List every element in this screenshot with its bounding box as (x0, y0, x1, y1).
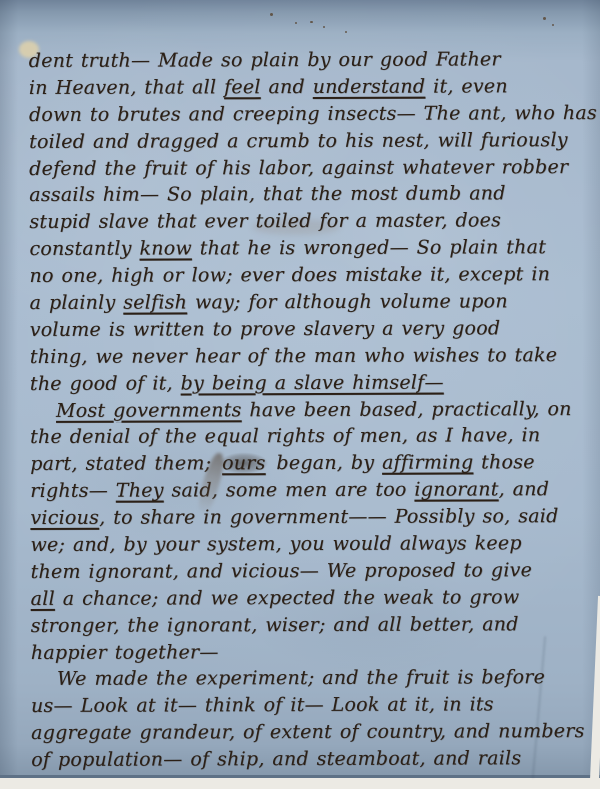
paper-speck (310, 21, 313, 23)
paper-speck (543, 17, 546, 20)
handwriting: down to brutes and creeping insects— The… (29, 102, 597, 126)
handwriting: aggregate grandeur, of extent of country… (31, 720, 585, 744)
handwriting: a chance; and we expected the weak to gr… (55, 586, 520, 610)
manuscript-line: volume is written to prove slavery a ver… (30, 315, 590, 344)
handwriting: began, by (269, 452, 383, 474)
handwriting: assails him— So plain, that the most dum… (29, 183, 506, 207)
handwriting: defend the fruit of his labor, against w… (29, 156, 568, 180)
manuscript-line: defend the fruit of his labor, against w… (29, 154, 589, 183)
scanned-manuscript-photo: { "document": { "kind": "handwritten man… (0, 0, 600, 789)
handwriting: part, stated them; (30, 453, 219, 476)
handwriting: dent truth— Made so plain by our good Fa… (29, 48, 501, 72)
underlined-handwriting: ignorant (414, 479, 498, 501)
handwriting: those (473, 452, 534, 474)
manuscript-line: vicious, to share in government—— Possib… (30, 503, 590, 532)
underlined-handwriting: vicious (30, 507, 99, 529)
manuscript-line: part, stated them; ours began, by affirm… (30, 449, 590, 478)
manuscript-line: stronger, the ignorant, wiser; and all b… (31, 611, 591, 640)
manuscript-line: the denial of the equal rights of men, a… (30, 422, 590, 451)
handwriting: toiled and dragged a crumb to his nest, … (29, 129, 568, 153)
underlined-handwriting: by being a slave himself— (181, 371, 444, 394)
underlined-handwriting: feel (224, 76, 261, 98)
underlined-handwriting: all (31, 588, 55, 610)
underlined-handwriting: understand (313, 75, 426, 97)
manuscript-line: We made the experiment; and the fruit is… (31, 665, 591, 694)
manuscript-line: aggregate grandeur, of extent of country… (31, 718, 591, 747)
handwriting: , to share in government—— Possibly so, … (99, 505, 559, 529)
handwriting: volume is written to prove slavery a ver… (30, 317, 501, 341)
paper-speck (345, 31, 347, 33)
handwriting: and (261, 76, 313, 98)
manuscript-line: the good of it, by being a slave himself… (30, 369, 590, 398)
handwriting: way; for although volume upon (187, 290, 508, 313)
underlined-handwriting: affirming (382, 452, 473, 474)
underlined-handwriting: They (116, 480, 164, 502)
handwriting: stronger, the ignorant, wiser; and all b… (31, 613, 519, 637)
handwriting: of population— of ship, and steamboat, a… (31, 747, 521, 771)
paper-speck (270, 13, 273, 16)
handwriting: thing, we never hear of the man who wish… (30, 344, 558, 368)
manuscript-line: of population— of ship, and steamboat, a… (31, 745, 591, 774)
underlined-handwriting: know (139, 238, 192, 260)
manuscript-page: dent truth— Made so plain by our good Fa… (0, 0, 600, 778)
handwriting: that he is wronged— So plain that (192, 236, 546, 259)
handwriting: stupid slave that ever toiled for a mast… (29, 210, 501, 234)
manuscript-line: stupid slave that ever toiled for a mast… (29, 207, 589, 236)
manuscript-line: rights— They said, some men are too igno… (30, 476, 590, 505)
handwriting: rights— (30, 480, 116, 502)
handwriting: the good of it, (30, 372, 181, 395)
handwriting: it, even (425, 75, 508, 97)
manuscript-line: them ignorant, and vicious— We proposed … (31, 557, 591, 586)
paper-speck (552, 24, 554, 26)
manuscript-line: toiled and dragged a crumb to his nest, … (29, 127, 589, 156)
handwriting: have been based, practically, on (242, 398, 572, 421)
paper-speck (295, 22, 297, 24)
manuscript-line: a plainly selfish way; for although volu… (30, 288, 590, 317)
handwriting: we; and, by your system, you would alway… (30, 532, 521, 556)
handwriting: us— Look at it— think of it— Look at it,… (31, 694, 494, 718)
handwriting: We made the experiment; and the fruit is… (57, 667, 545, 691)
handwriting: them ignorant, and vicious— We proposed … (31, 559, 533, 583)
manuscript-line: assails him— So plain, that the most dum… (29, 180, 589, 209)
handwriting: no one, high or low; ever does mistake i… (29, 263, 550, 287)
manuscript-line: dent truth— Made so plain by our good Fa… (29, 46, 589, 75)
manuscript-line: we; and, by your system, you would alway… (30, 530, 590, 559)
handwriting: constantly (29, 238, 139, 260)
handwriting: the denial of the equal rights of men, a… (30, 425, 540, 449)
manuscript-line: no one, high or low; ever does mistake i… (29, 261, 589, 290)
handwriting: happier together— (31, 641, 219, 664)
underlined-handwriting: Most governments (56, 399, 242, 422)
manuscript-line: thing, we never hear of the man who wish… (30, 342, 590, 371)
manuscript-line: Most governments have been based, practi… (30, 396, 590, 425)
handwriting: a plainly (30, 292, 124, 314)
manuscript-line: us— Look at it— think of it— Look at it,… (31, 691, 591, 720)
manuscript-text: dent truth— Made so plain by our good Fa… (29, 46, 592, 774)
handwriting: in Heaven, that all (29, 76, 224, 99)
manuscript-line: constantly know that he is wronged— So p… (29, 234, 589, 263)
manuscript-line: all a chance; and we expected the weak t… (31, 584, 591, 613)
underlined-handwriting: selfish (123, 291, 187, 313)
manuscript-line: in Heaven, that all feel and understand … (29, 73, 589, 102)
manuscript-line: happier together— (31, 638, 591, 667)
paper-speck (323, 26, 325, 28)
handwriting: , and (499, 478, 550, 500)
manuscript-line: down to brutes and creeping insects— The… (29, 100, 589, 129)
underlined-handwriting: ours (219, 453, 269, 475)
scan-backing-strip (0, 778, 600, 789)
